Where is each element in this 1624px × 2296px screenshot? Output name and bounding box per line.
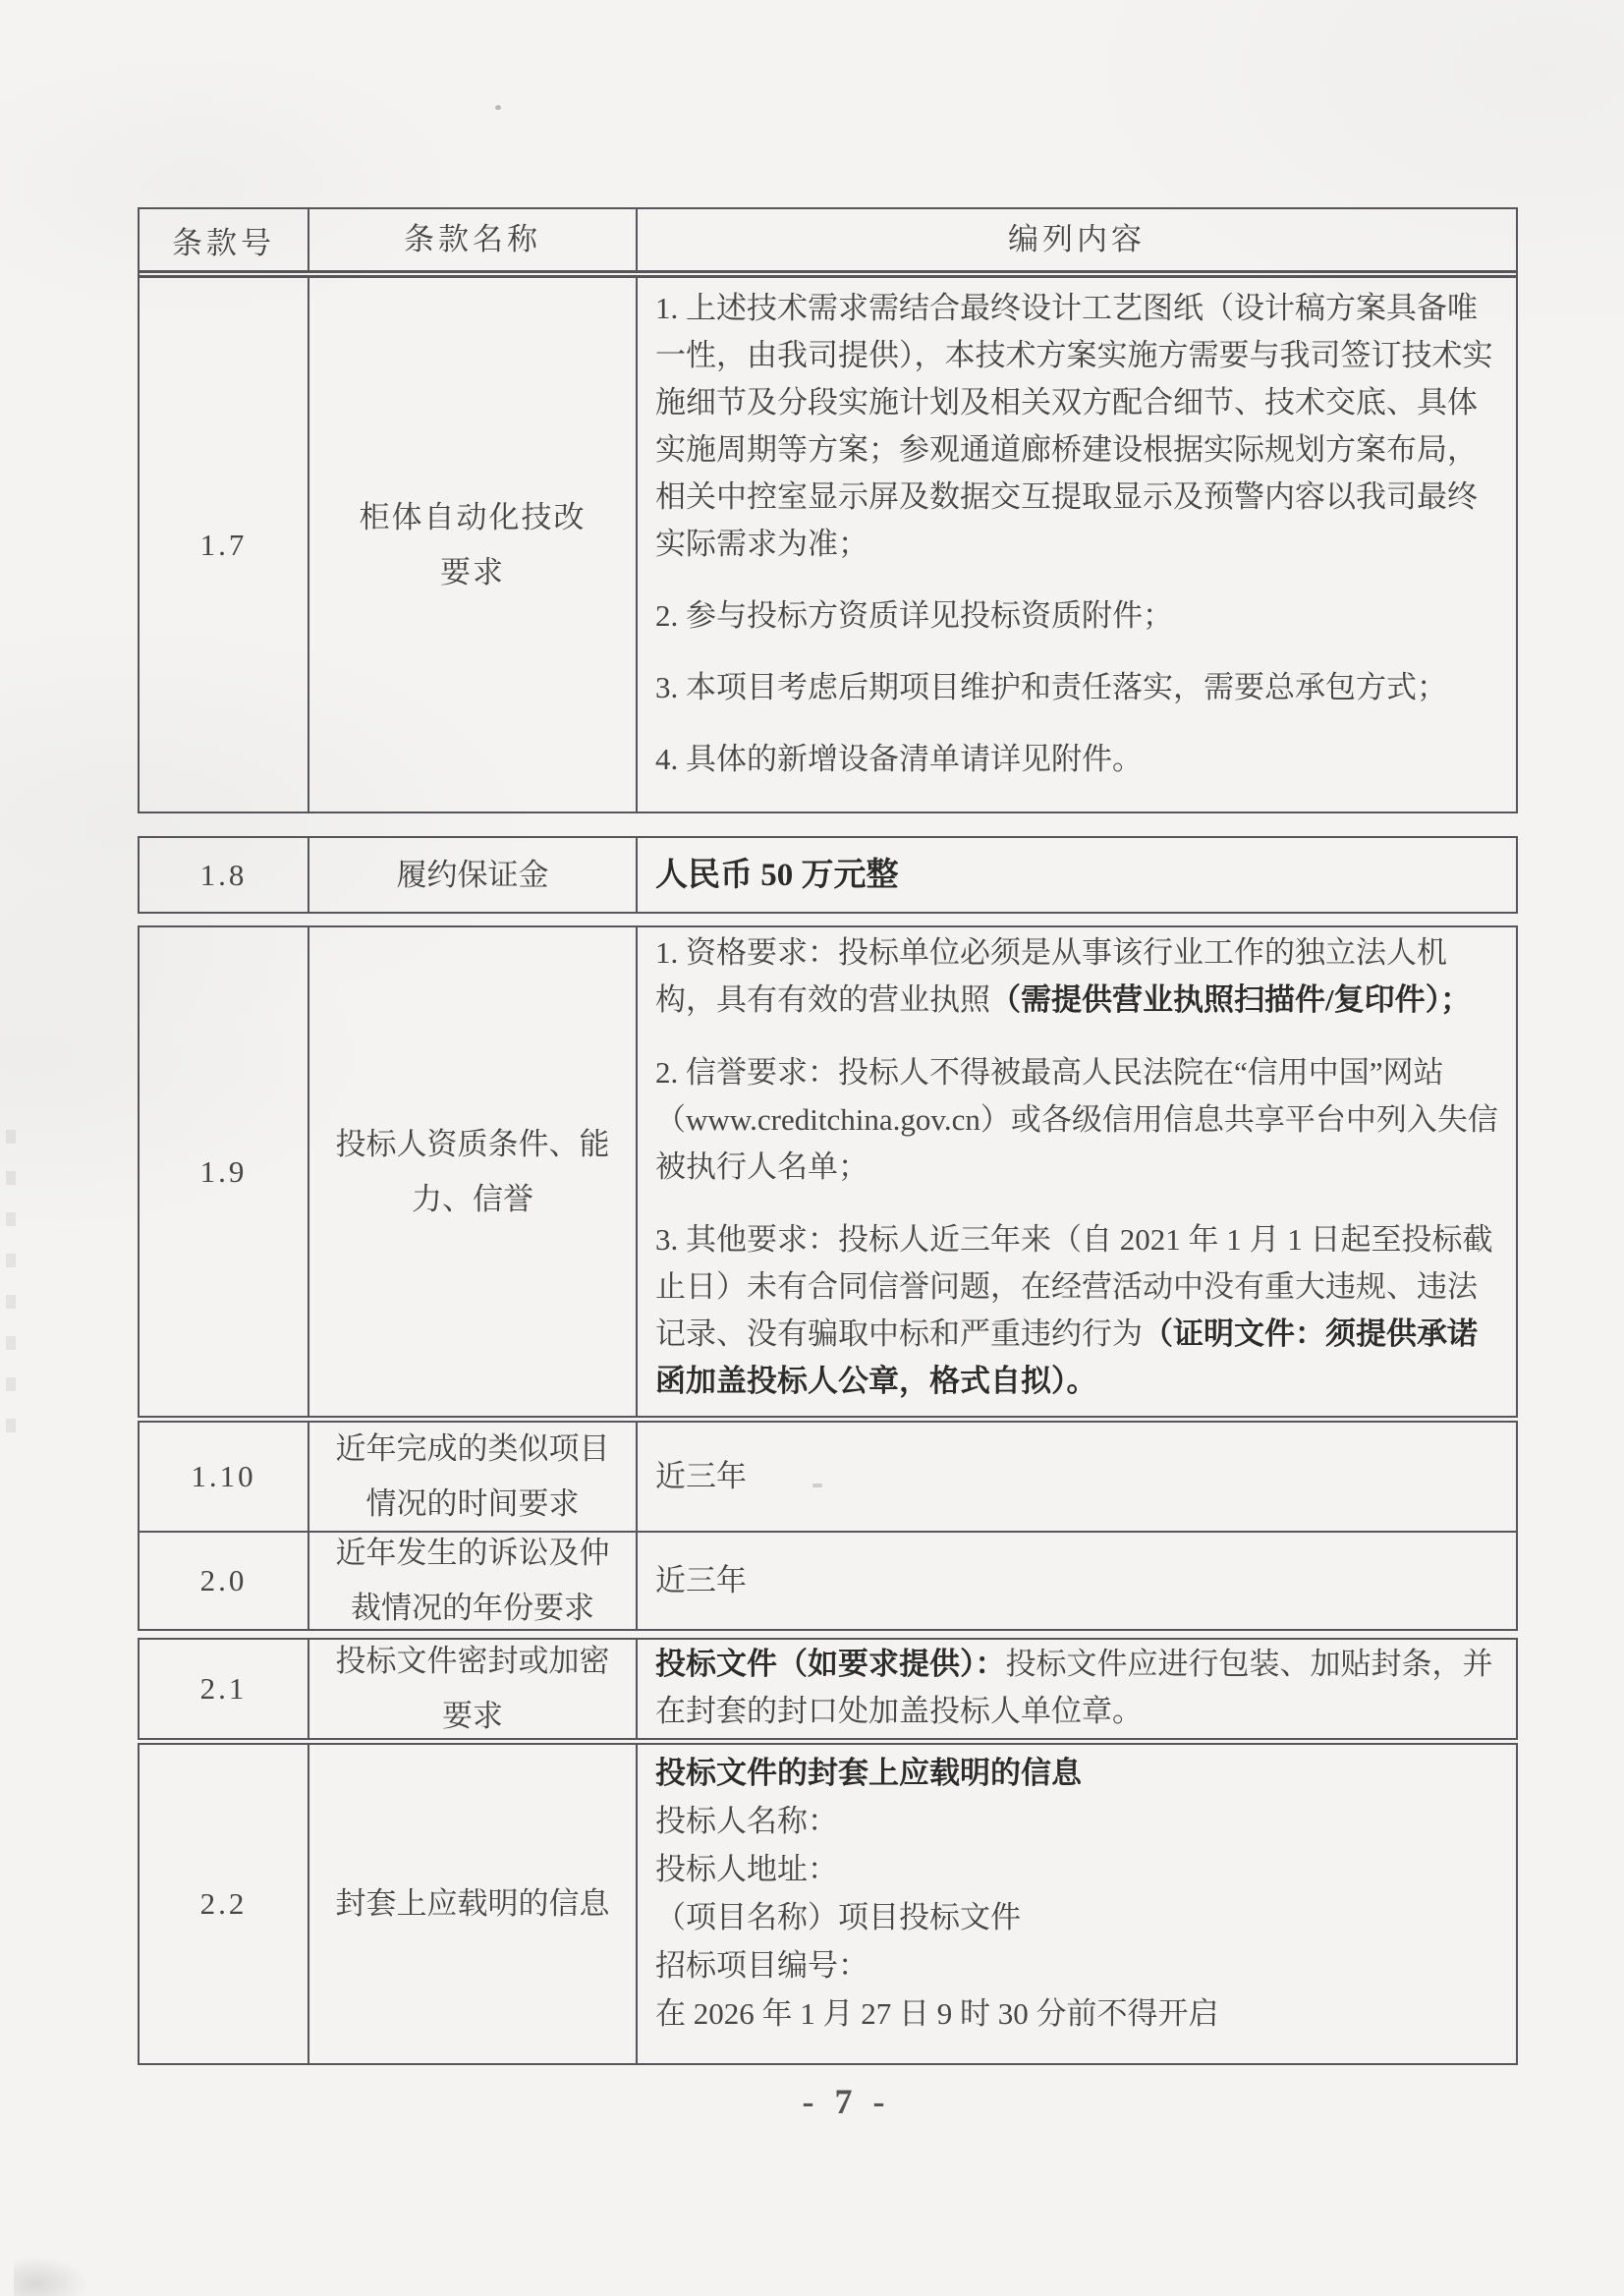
table-block-1-9: 1.9 投标人资质条件、能力、信誉 1. 资格要求：投标单位必须是从事该行业工作… [138, 925, 1518, 1418]
table-block-2-2: 2.2 封套上应载明的信息 投标文件的封套上应载明的信息 投标人名称： 投标人地… [138, 1743, 1518, 2065]
clause-name-cell: 柜体自动化技改要求 [309, 278, 638, 812]
paragraph: 投标人名称： [655, 1797, 1502, 1845]
text-segment: 3. 本项目考虑后期项目维护和责任落实，需要总承包方式； [655, 670, 1447, 704]
paragraph: 2. 参与投标方资质详见投标资质附件； [655, 592, 1502, 640]
scan-edge-marks [6, 1130, 16, 1444]
scan-smudge [14, 2256, 88, 2296]
text-segment: 在 2026 年 1 月 27 日 9 时 30 分前不得开启 [655, 1996, 1219, 2031]
table-row-2-2: 2.2 封套上应载明的信息 投标文件的封套上应载明的信息 投标人名称： 投标人地… [140, 1745, 1516, 2063]
paragraph: 在 2026 年 1 月 27 日 9 时 30 分前不得开启 [655, 1989, 1502, 2038]
clause-content-cell: 投标文件（如要求提供）：投标文件应进行包装、加贴封条，并在封套的封口处加盖投标人… [638, 1640, 1516, 1738]
text-segment: 投标人名称： [655, 1804, 838, 1838]
paragraph: 投标文件的封套上应载明的信息 [655, 1749, 1502, 1797]
clause-name-text: 履约保证金 [325, 848, 620, 903]
table-block-2-1: 2.1 投标文件密封或加密要求 投标文件（如要求提供）：投标文件应进行包装、加贴… [138, 1638, 1518, 1740]
clause-content-cell: 近三年 [638, 1423, 1516, 1531]
clause-name-text: 投标文件密封或加密要求 [325, 1634, 620, 1744]
text-segment: 近三年 [655, 1459, 747, 1493]
clause-content-cell: 投标文件的封套上应载明的信息 投标人名称： 投标人地址： （项目名称）项目投标文… [638, 1745, 1516, 2063]
bold-text: （需提供营业执照扫描件/复印件）； [990, 982, 1471, 1017]
table-row-1-7: 1.7 柜体自动化技改要求 1. 上述技术需求需结合最终设计工艺图纸（设计稿方案… [140, 278, 1516, 812]
header-clause-no: 条款号 [140, 209, 309, 270]
table-block-gap [138, 813, 1518, 836]
clause-no-cell: 1.9 [140, 927, 309, 1416]
clause-no-cell: 1.10 [140, 1423, 309, 1531]
text-segment: 投标人地址： [655, 1852, 838, 1886]
paragraph: 1. 资格要求：投标单位必须是从事该行业工作的独立法人机构，具有有效的营业执照（… [655, 929, 1502, 1024]
clause-name-cell: 近年发生的诉讼及仲裁情况的年份要求 [309, 1533, 638, 1629]
paragraph: 1. 上述技术需求需结合最终设计工艺图纸（设计稿方案具备唯一性，由我司提供），本… [655, 285, 1502, 568]
clause-content-cell: 人民币 50 万元整 [638, 838, 1516, 912]
paragraph: 近三年 [655, 1557, 747, 1604]
clause-no-cell: 2.2 [140, 1745, 309, 2063]
paragraph: 投标人地址： [655, 1845, 1502, 1893]
table-row-1-10: 1.10 近年完成的类似项目情况的时间要求 近三年 [140, 1423, 1516, 1533]
header-clause-name: 条款名称 [309, 209, 638, 270]
table-row-1-9: 1.9 投标人资质条件、能力、信誉 1. 资格要求：投标单位必须是从事该行业工作… [140, 927, 1516, 1416]
bold-text: 投标文件（如要求提供）： [655, 1647, 1006, 1681]
bold-text: 人民币 50 万元整 [655, 858, 899, 893]
table-block-gap [138, 914, 1518, 925]
clause-content-cell: 1. 上述技术需求需结合最终设计工艺图纸（设计稿方案具备唯一性，由我司提供），本… [638, 278, 1516, 812]
text-segment: 招标项目编号： [655, 1948, 868, 1983]
paragraph: 人民币 50 万元整 [655, 852, 899, 899]
clause-name-cell: 投标文件密封或加密要求 [309, 1640, 638, 1738]
clause-name-cell: 封套上应载明的信息 [309, 1745, 638, 2063]
clause-name-cell: 近年完成的类似项目情况的时间要求 [309, 1423, 638, 1531]
table-row-1-8: 1.8 履约保证金 人民币 50 万元整 [140, 838, 1516, 912]
clause-content-cell: 1. 资格要求：投标单位必须是从事该行业工作的独立法人机构，具有有效的营业执照（… [638, 927, 1516, 1416]
clause-name-cell: 投标人资质条件、能力、信誉 [309, 927, 638, 1416]
scan-speck [495, 105, 501, 110]
clause-name-text: 投标人资质条件、能力、信誉 [324, 1117, 621, 1227]
paragraph: 2. 信誉要求：投标人不得被最高人民法院在“信用中国”网站（www.credit… [655, 1049, 1502, 1191]
paragraph: 4. 具体的新增设备清单请详见附件。 [655, 736, 1502, 783]
text-segment: 2. 参与投标方资质详见投标资质附件； [655, 598, 1173, 633]
clause-no-cell: 2.0 [140, 1533, 309, 1629]
scanned-document-page: { "page": { "number": "- 7 -" }, "table"… [0, 0, 1624, 2296]
table-header-row: 条款号 条款名称 编列内容 [140, 209, 1516, 278]
bold-text: 投标文件的封套上应载明的信息 [655, 1756, 1082, 1790]
clause-name-cell: 履约保证金 [309, 838, 638, 912]
clause-no-cell: 1.7 [140, 278, 309, 812]
text-segment: 2. 信誉要求：投标人不得被最高人民法院在“信用中国”网站（www.credit… [655, 1055, 1498, 1184]
text-segment: 4. 具体的新增设备清单请详见附件。 [655, 742, 1143, 776]
clause-content-cell: 近三年 [638, 1533, 1516, 1629]
table-row-2-1: 2.1 投标文件密封或加密要求 投标文件（如要求提供）：投标文件应进行包装、加贴… [140, 1640, 1516, 1738]
header-content: 编列内容 [638, 209, 1516, 270]
table-block-header-1-7: 条款号 条款名称 编列内容 1.7 柜体自动化技改要求 1. 上述技术需求需结合… [138, 207, 1518, 813]
clauses-table: 条款号 条款名称 编列内容 1.7 柜体自动化技改要求 1. 上述技术需求需结合… [138, 207, 1518, 2065]
clause-name-text: 近年完成的类似项目情况的时间要求 [325, 1422, 620, 1532]
table-row-2-0: 2.0 近年发生的诉讼及仲裁情况的年份要求 近三年 [140, 1533, 1516, 1629]
clause-name-text: 柜体自动化技改要求 [344, 490, 601, 600]
paragraph: 3. 本项目考虑后期项目维护和责任落实，需要总承包方式； [655, 664, 1502, 711]
scan-speck [812, 1484, 822, 1487]
page-number: - 7 - [69, 2081, 1624, 2122]
clause-name-text: 近年发生的诉讼及仲裁情况的年份要求 [325, 1526, 620, 1636]
paragraph: 近三年 [655, 1453, 747, 1500]
table-block-1-8: 1.8 履约保证金 人民币 50 万元整 [138, 836, 1518, 914]
paragraph: 招标项目编号： [655, 1941, 1502, 1989]
paragraph: （项目名称）项目投标文件 [655, 1893, 1502, 1941]
table-block-1-10-2-0: 1.10 近年完成的类似项目情况的时间要求 近三年 2.0 近年发生的诉讼及仲裁… [138, 1421, 1518, 1631]
clause-name-text: 封套上应载明的信息 [325, 1876, 620, 1932]
clause-no-cell: 2.1 [140, 1640, 309, 1738]
text-segment: 近三年 [655, 1563, 747, 1597]
text-segment: 1. 上述技术需求需结合最终设计工艺图纸（设计稿方案具备唯一性，由我司提供），本… [655, 291, 1493, 561]
paragraph: 投标文件（如要求提供）：投标文件应进行包装、加贴封条，并在封套的封口处加盖投标人… [655, 1641, 1502, 1735]
paragraph: 3. 其他要求：投标人近三年来（自 2021 年 1 月 1 日起至投标截止日）… [655, 1216, 1502, 1405]
clause-no-cell: 1.8 [140, 838, 309, 912]
text-segment: （项目名称）项目投标文件 [655, 1900, 1021, 1934]
